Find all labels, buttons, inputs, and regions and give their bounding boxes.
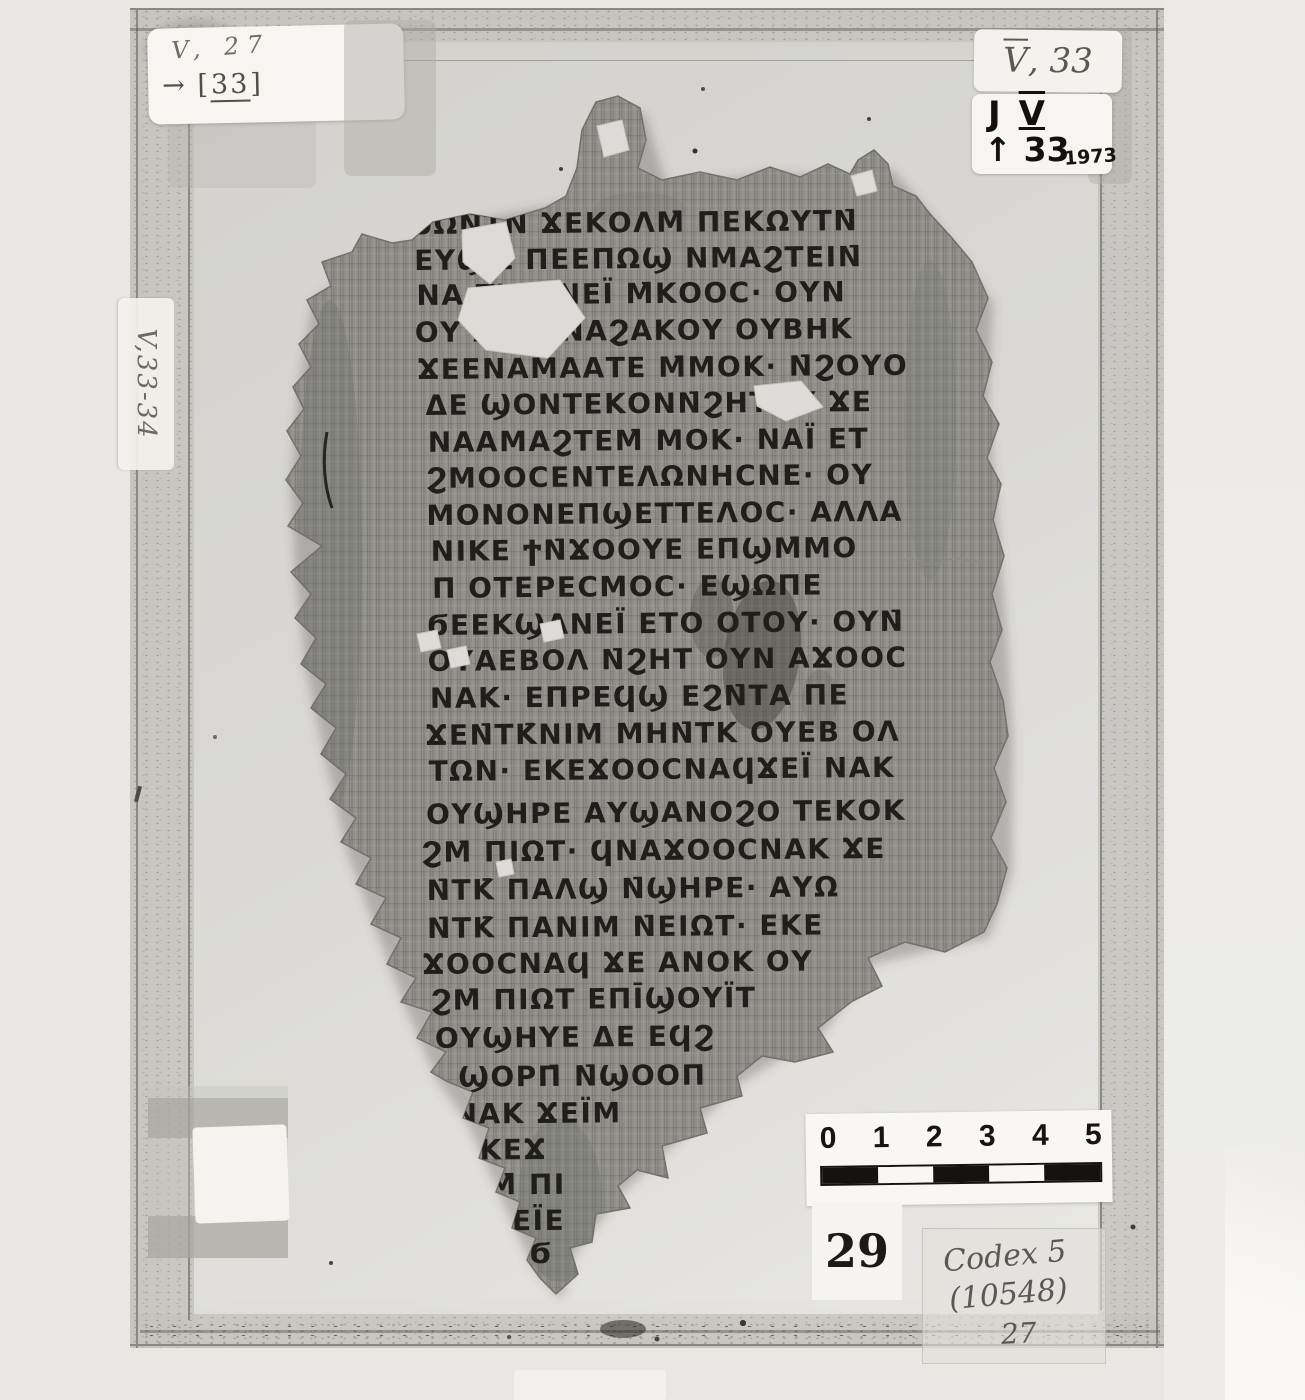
papyrus-text-line: ΕΚΕϪ: [459, 1133, 547, 1167]
page-row: ↑33: [984, 130, 1070, 169]
papyrus-text-line: ϢΟΡΠ̄ Ν̄ϢΟΟΠ: [458, 1059, 706, 1094]
ruler-tick: 3: [979, 1119, 996, 1153]
ruler-tick-labels: 0 1 2 3 4 5: [819, 1118, 1101, 1156]
papyrus-text-line: ΝΑΑΜΑϨΤΕΜ̄ ΜΟΚ· ΝΑΪ ΕΤ: [428, 421, 870, 459]
label-top-right-upper: V, 33: [974, 29, 1123, 93]
papyrus-text-line: ϪΕΝ̄ΤΚ̄ΝΙΜ ΜΗΝ̄ΤΚ ΟΥΕΒ ΟΛ: [425, 715, 900, 752]
papyrus-text-line: ΟΥΑΕΒΟΛ Ν̄ϨΗΤ ΟΥΝ ΑϪΟΟC: [428, 641, 908, 678]
papyrus-text-line: ΝΑΚ· ΕΠΡΕϤϢ ΕϨΝ̄ΤΑ ΠΕ: [430, 678, 849, 715]
arrow-icon: → [: [162, 69, 210, 101]
ruler-segment: [989, 1165, 1045, 1182]
plate-number-card: 29: [812, 1202, 902, 1300]
codex-inventory-number: (10548): [948, 1272, 1069, 1317]
papyrus-text-line: ϬΕΕΚϢΑΝΕΪ ΕΤΟ ΟΤΟΥ· ΟΥΝ̄: [427, 604, 904, 642]
page-ref: , 33: [1028, 41, 1093, 82]
papyrus-text-line: ϨΜ̄ ΠΙ: [466, 1168, 566, 1202]
ruler-segment: [1044, 1164, 1100, 1181]
papyrus-text-line: ΟΥϢΗΥΕ ΔΕ ΕϤϨ: [435, 1019, 716, 1054]
ruler-card: 0 1 2 3 4 5: [805, 1110, 1112, 1206]
bracket-close: ]: [250, 68, 263, 99]
label-side-vertical: V,33-34: [118, 298, 174, 470]
papyrus-text-line: ϨΜ̄ ΠΙΩΤ· ϤΝΑϪΟΟCΝΑΚ ϪΕ: [421, 832, 886, 869]
papyrus-text-line: ΟΥϢΗΡΕ ΑΥϢΑΝΟϨΟ ΤΕΚΟΚ: [426, 794, 906, 831]
ruler-bar: [820, 1162, 1102, 1186]
year-stamp: 1973: [1063, 144, 1117, 170]
ruler-tick: 4: [1032, 1119, 1049, 1153]
papyrus-text-line: Π ΟΤΕΡΕCΜΟC· ΕϢΩΠΕ: [432, 568, 823, 604]
tape-overlay-strip: [344, 20, 436, 176]
papyrus-text-line: ΜΟΝΟΝΕΠϢΕΤΤΕΛΟC· ΑΛΛΑ: [426, 495, 903, 532]
codex-note: Codex 5 (10548) 27: [922, 1228, 1106, 1364]
up-arrow-icon: ↑: [984, 130, 1012, 169]
ruler-segment: [878, 1166, 934, 1183]
ruler-tick: 1: [873, 1121, 890, 1155]
blank-label: [192, 1124, 289, 1223]
ruler-tick: 0: [819, 1122, 836, 1156]
papyrus-text-line: ϨΜ̄ ΠΙΩΤ ΕΠῙϢΟΥΪΤ: [430, 980, 756, 1017]
plate-number: 29: [825, 1224, 889, 1278]
papyrus-text-line: Ν̄ΤΚ̄ ΠΑΝΙΜ Ν̄ΕΙΩΤ· ΕΚΕ: [427, 908, 824, 944]
papyrus-text-line: Ν̄ΤΚ̄ ΠΑΛϢ Ν̄ϢΗΡΕ· ΑΥΩ: [427, 870, 840, 907]
photograph-of-papyrus-plate: ϬΩΝ̄ΤΝ ϪΕΚΟΛΜ̄ ΠΕΚΩΥΤΝ̄ ΕΥϢΩ ΠΕΕΠΩϢ ΝΜΑϨ…: [0, 0, 1305, 1400]
side-label-text: V,33-34: [131, 328, 161, 439]
call-number-text: V, 27: [171, 30, 272, 65]
papyrus-text-line: ΤΩΝ· ΕΚΕϪΟΟCΝΑϤϪΕΪ ΝΑΚ: [428, 750, 895, 788]
papyrus-text-line: ϪΟΟCΝΑϤ ϪΕ ΑΝΟΚ ΟΥ: [422, 945, 813, 981]
codex-page-number: 27: [1000, 1316, 1037, 1351]
papyrus-text-line: ϪΕΕΝΑΜΑΑΤΕ Μ̄ΜΟΚ· Ν̄ϨΟΥΟ: [417, 349, 908, 386]
page-note: → [33]: [162, 68, 263, 101]
papyrus-text-line: ΝΙΚΕ ϮΝ̄ϪΟΟΥΕ ΕΠϢΜ̄ΜΟ: [431, 531, 858, 568]
ruler-tick: 2: [926, 1120, 943, 1154]
papyrus-text-line: ϨΜΟΟCΕΝΤΕΛΩΝΗCΝΕ· ΟΥ: [426, 458, 874, 495]
page-number: 33: [210, 69, 251, 103]
ruler-segment: [822, 1167, 878, 1184]
roman-numeral: V: [1003, 41, 1028, 81]
ruler-tick: 5: [1085, 1118, 1102, 1152]
series-letter: J: [988, 94, 1001, 134]
ruler-segment: [933, 1166, 989, 1183]
roman-numeral: V: [1019, 94, 1045, 134]
bottom-edge-tab: [514, 1370, 666, 1400]
series-row: JV: [988, 94, 1045, 134]
